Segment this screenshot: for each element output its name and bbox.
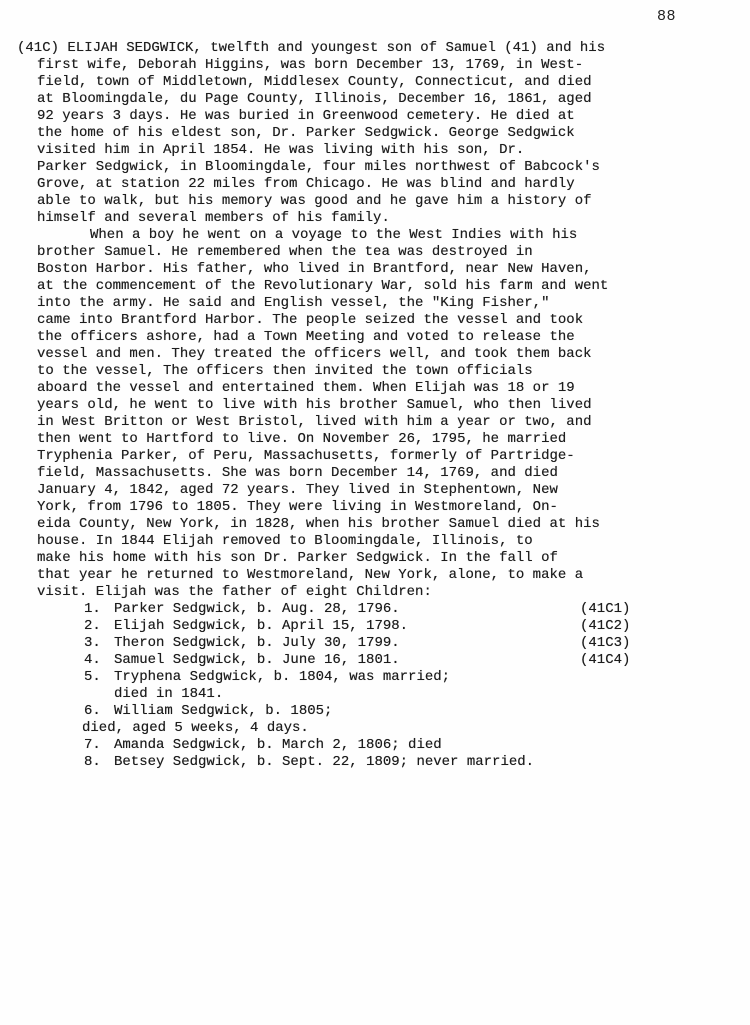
child-details: Samuel Sedgwick, b. June 16, 1801. [114,652,400,669]
child-reference-code: (41C1) [580,601,630,618]
text-line: January 4, 1842, aged 72 years. They liv… [0,482,750,499]
text-line: into the army. He said and English vesse… [0,295,750,312]
child-details: Betsey Sedgwick, b. Sept. 22, 1809; neve… [114,754,534,771]
child-entry: 7.Amanda Sedgwick, b. March 2, 1806; die… [0,737,750,754]
text-line: at the commencement of the Revolutionary… [0,278,750,295]
text-line: the officers ashore, had a Town Meeting … [0,329,750,346]
child-entry: 8.Betsey Sedgwick, b. Sept. 22, 1809; ne… [0,754,750,771]
child-entry: 2.Elijah Sedgwick, b. April 15, 1798.(41… [0,618,750,635]
paragraph-biography: (41C) ELIJAH SEDGWICK, twelfth and young… [0,40,750,227]
child-details: William Sedgwick, b. 1805; [114,703,332,720]
child-number: 1. [84,601,101,618]
child-number: 7. [84,737,101,754]
text-line: in West Britton or West Bristol, lived w… [0,414,750,431]
child-entry-continuation: died, aged 5 weeks, 4 days. [0,720,750,737]
text-line: eida County, New York, in 1828, when his… [0,516,750,533]
text-line: to the vessel, The officers then invited… [0,363,750,380]
text-line: field, town of Middletown, Middlesex Cou… [0,74,750,91]
text-line: house. In 1844 Elijah removed to Bloomin… [0,533,750,550]
text-line: field, Massachusetts. She was born Decem… [0,465,750,482]
text-line: able to walk, but his memory was good an… [0,193,750,210]
text-line: then went to Hartford to live. On Novemb… [0,431,750,448]
child-number: 8. [84,754,101,771]
text-line: (41C) ELIJAH SEDGWICK, twelfth and young… [0,40,750,57]
text-line: When a boy he went on a voyage to the We… [0,227,750,244]
document-page: 88 (41C) ELIJAH SEDGWICK, twelfth and yo… [0,0,750,1025]
text-line: visited him in April 1854. He was living… [0,142,750,159]
text-line: Tryphenia Parker, of Peru, Massachusetts… [0,448,750,465]
text-line: visit. Elijah was the father of eight Ch… [0,584,750,601]
text-line: York, from 1796 to 1805. They were livin… [0,499,750,516]
child-reference-code: (41C2) [580,618,630,635]
text-line: 92 years 3 days. He was buried in Greenw… [0,108,750,125]
child-entry: 5.Tryphena Sedgwick, b. 1804, was marrie… [0,669,750,686]
children-list: 1.Parker Sedgwick, b. Aug. 28, 1796.(41C… [0,601,750,771]
child-number: 6. [84,703,101,720]
child-details: Elijah Sedgwick, b. April 15, 1798. [114,618,408,635]
page-number: 88 [657,8,676,25]
child-reference-code: (41C4) [580,652,630,669]
text-line: the home of his eldest son, Dr. Parker S… [0,125,750,142]
text-line: came into Brantford Harbor. The people s… [0,312,750,329]
child-details: Amanda Sedgwick, b. March 2, 1806; died [114,737,442,754]
text-line: at Bloomingdale, du Page County, Illinoi… [0,91,750,108]
child-entry: 6.William Sedgwick, b. 1805; [0,703,750,720]
text-line: Boston Harbor. His father, who lived in … [0,261,750,278]
child-details: Theron Sedgwick, b. July 30, 1799. [114,635,400,652]
text-line: that year he returned to Westmoreland, N… [0,567,750,584]
child-entry-continuation: died in 1841. [0,686,750,703]
text-line: Parker Sedgwick, in Bloomingdale, four m… [0,159,750,176]
child-number: 2. [84,618,101,635]
child-number: 3. [84,635,101,652]
child-number: 5. [84,669,101,686]
text-line: years old, he went to live with his brot… [0,397,750,414]
text-line: aboard the vessel and entertained them. … [0,380,750,397]
child-number: 4. [84,652,101,669]
child-details-continued: died in 1841. [114,686,223,703]
child-entry: 1.Parker Sedgwick, b. Aug. 28, 1796.(41C… [0,601,750,618]
text-line: Grove, at station 22 miles from Chicago.… [0,176,750,193]
child-entry: 4.Samuel Sedgwick, b. June 16, 1801.(41C… [0,652,750,669]
text-line: make his home with his son Dr. Parker Se… [0,550,750,567]
text-line: vessel and men. They treated the officer… [0,346,750,363]
document-body: (41C) ELIJAH SEDGWICK, twelfth and young… [0,40,750,771]
text-line: first wife, Deborah Higgins, was born De… [0,57,750,74]
child-details-continued: died, aged 5 weeks, 4 days. [82,720,309,737]
text-line: himself and several members of his famil… [0,210,750,227]
text-line: brother Samuel. He remembered when the t… [0,244,750,261]
child-reference-code: (41C3) [580,635,630,652]
child-details: Tryphena Sedgwick, b. 1804, was married; [114,669,450,686]
paragraph-history: When a boy he went on a voyage to the We… [0,227,750,601]
child-details: Parker Sedgwick, b. Aug. 28, 1796. [114,601,400,618]
child-entry: 3.Theron Sedgwick, b. July 30, 1799.(41C… [0,635,750,652]
